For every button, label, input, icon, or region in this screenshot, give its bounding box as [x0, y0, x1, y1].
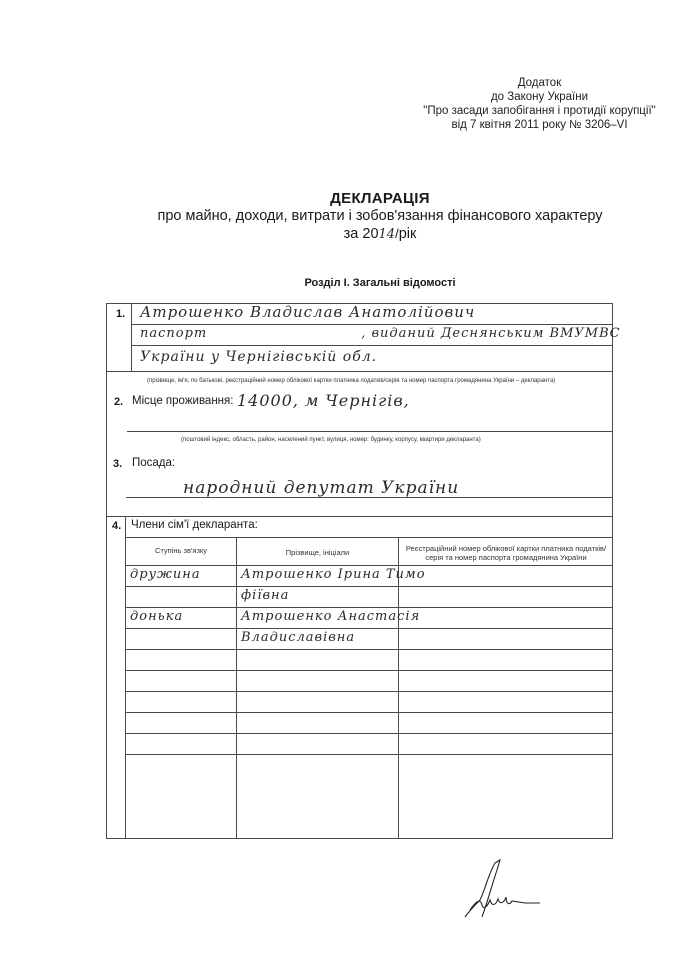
name-cell: Владиславівна	[241, 630, 355, 645]
appendix-header: Додаток до Закону України "Про засади за…	[400, 76, 679, 132]
document-subtitle: про майно, доходи, витрати і зобов'язанн…	[100, 208, 660, 225]
appendix-line: Додаток	[400, 76, 679, 90]
position-value: народний депутат України	[183, 478, 459, 498]
document-title: ДЕКЛАРАЦІЯ	[100, 190, 660, 208]
signature-icon	[440, 855, 560, 935]
section-title: Розділ І. Загальні відомості	[100, 277, 660, 289]
appendix-line: від 7 квітня 2011 року № 3206–VI	[400, 118, 679, 132]
relation-cell: донька	[130, 609, 183, 624]
column-header-relation: Ступінь зв'язку	[126, 546, 236, 555]
item2-label: Місце проживання:	[132, 395, 233, 407]
document-title-block: ДЕКЛАРАЦІЯ про майно, доходи, витрати і …	[100, 190, 660, 243]
year-line: за 2014/рік	[100, 225, 660, 243]
item3-label: Посада:	[132, 457, 175, 469]
residence-value: 14000, м Чернігів,	[237, 391, 410, 410]
name-cell: Атрошенко Анастасія	[241, 609, 420, 624]
item3-number: 3.	[113, 458, 122, 470]
signature	[440, 855, 560, 940]
appendix-line: "Про засади запобігання і протидії коруп…	[400, 104, 679, 118]
declarant-passport-issuer: України у Чернігівській обл.	[140, 349, 377, 365]
item1-caption: (прізвище, ім'я, по батькові, реєстрацій…	[147, 378, 555, 384]
year-handwritten: 14	[379, 227, 396, 242]
name-cell: фіївна	[241, 588, 289, 603]
column-header-name: Прізвище, ініціали	[237, 548, 398, 557]
declarant-name: Атрошенко Владислав Анатолійович	[140, 303, 475, 321]
item4-label: Члени сім'ї декларанта:	[131, 519, 258, 531]
year-prefix: за 20	[344, 226, 379, 242]
appendix-line: до Закону України	[400, 90, 679, 104]
item4-number: 4.	[112, 520, 121, 532]
item1-number: 1.	[116, 308, 125, 320]
relation-cell: дружина	[130, 567, 201, 582]
item2-number: 2.	[114, 396, 123, 408]
item2-caption: (поштовий індекс, область, район, населе…	[181, 437, 481, 443]
column-header-id: Реєстраційний номер облікової картки пла…	[400, 544, 612, 562]
declarant-passport: паспорт , виданий Деснянським ВМУМВС	[140, 326, 621, 341]
name-cell: Атрошенко Ірина Тимо	[241, 567, 426, 582]
year-suffix: рік	[399, 226, 417, 242]
